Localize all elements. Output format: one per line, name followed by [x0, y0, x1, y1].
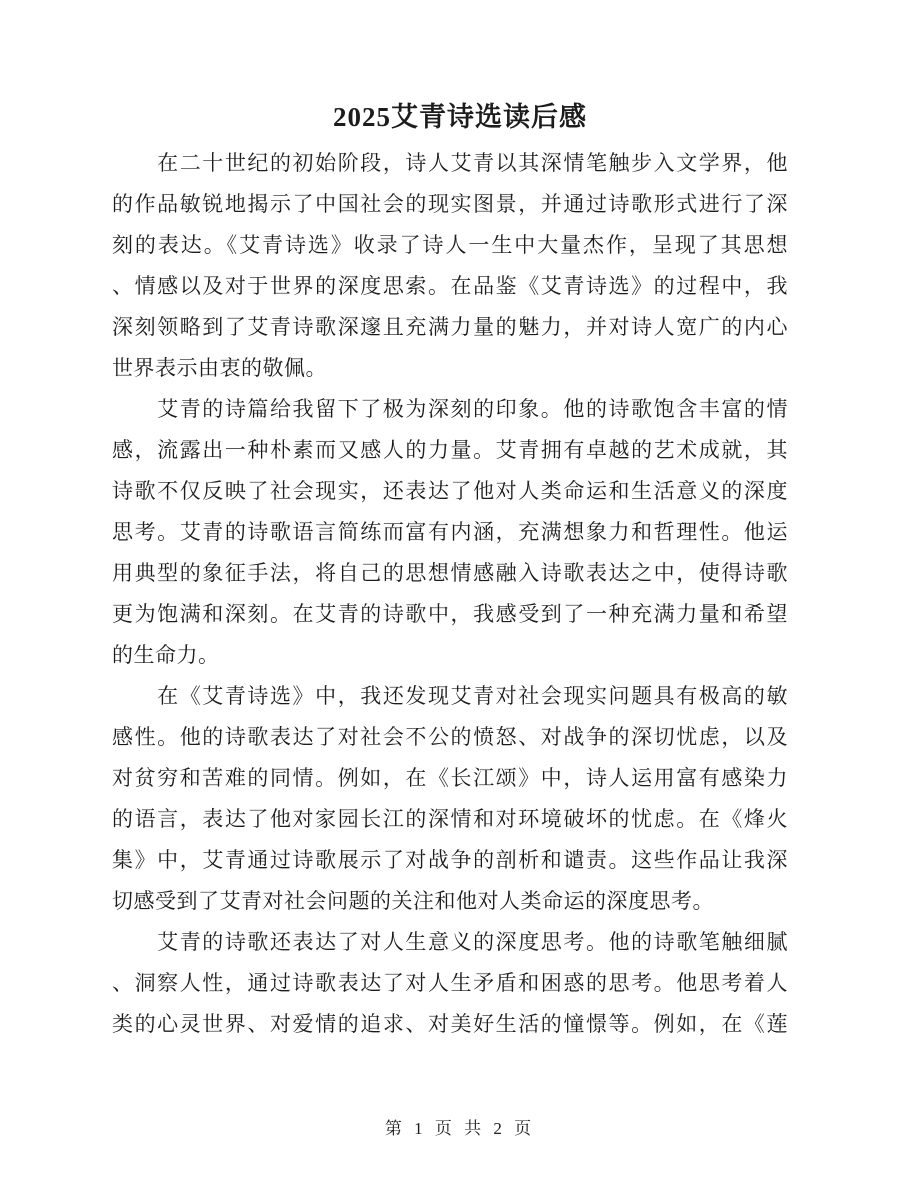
document-body: 在二十世纪的初始阶段，诗人艾青以其深情笔触步入文学界，他 的作品敏锐地揭示了中国… — [0, 143, 920, 1045]
text-line: 感性。他的诗歌表达了对社会不公的愤怒、对战争的深切忧虑，以及 — [112, 717, 788, 758]
document-title: 2025艾青诗选读后感 — [0, 0, 920, 137]
text-line: 对贫穷和苦难的同情。例如，在《长江颂》中，诗人运用富有感染力 — [112, 758, 788, 799]
page-number: 第 1 页 共 2 页 — [385, 1119, 535, 1138]
text-line: 用典型的象征手法，将自己的思想情感融入诗歌表达之中，使得诗歌 — [112, 553, 788, 594]
text-line: 更为饱满和深刻。在艾青的诗歌中，我感受到了一种充满力量和希望 — [112, 594, 788, 635]
text-line: 切感受到了艾青对社会问题的关注和他对人类命运的深度思考。 — [112, 881, 788, 922]
text-line: 集》中，艾青通过诗歌展示了对战争的剖析和谴责。这些作品让我深 — [112, 840, 788, 881]
text-line: 艾青的诗歌还表达了对人生意义的深度思考。他的诗歌笔触细腻 — [112, 922, 788, 963]
text-line: 世界表示由衷的敬佩。 — [112, 348, 788, 389]
document-page: 2025艾青诗选读后感 在二十世纪的初始阶段，诗人艾青以其深情笔触步入文学界，他… — [0, 0, 920, 1191]
text-line: 、情感以及对于世界的深度思索。在品鉴《艾青诗选》的过程中，我 — [112, 266, 788, 307]
text-line: 诗歌不仅反映了社会现实，还表达了他对人类命运和生活意义的深度 — [112, 471, 788, 512]
text-line: 在二十世纪的初始阶段，诗人艾青以其深情笔触步入文学界，他 — [112, 143, 788, 184]
text-line: 深刻领略到了艾青诗歌深邃且充满力量的魅力，并对诗人宽广的内心 — [112, 307, 788, 348]
page-footer: 第 1 页 共 2 页 — [0, 1114, 920, 1139]
text-line: 的生命力。 — [112, 635, 788, 676]
text-line: 艾青的诗篇给我留下了极为深刻的印象。他的诗歌饱含丰富的情 — [112, 389, 788, 430]
text-line: 的作品敏锐地揭示了中国社会的现实图景，并通过诗歌形式进行了深 — [112, 184, 788, 225]
text-line: 类的心灵世界、对爱情的追求、对美好生活的憧憬等。例如，在《莲 — [112, 1004, 788, 1045]
text-line: 的语言，表达了他对家园长江的深情和对环境破坏的忧虑。在《烽火 — [112, 799, 788, 840]
text-line: 在《艾青诗选》中，我还发现艾青对社会现实问题具有极高的敏 — [112, 676, 788, 717]
text-line: 、洞察人性，通过诗歌表达了对人生矛盾和困惑的思考。他思考着人 — [112, 963, 788, 1004]
text-line: 思考。艾青的诗歌语言简练而富有内涵，充满想象力和哲理性。他运 — [112, 512, 788, 553]
text-line: 感，流露出一种朴素而又感人的力量。艾青拥有卓越的艺术成就，其 — [112, 430, 788, 471]
text-line: 刻的表达。《艾青诗选》收录了诗人一生中大量杰作，呈现了其思想 — [112, 225, 788, 266]
